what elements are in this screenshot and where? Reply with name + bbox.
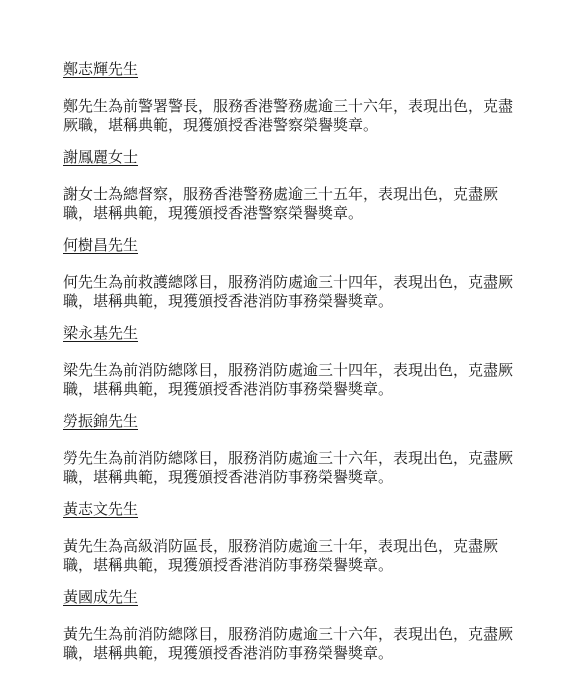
recipient-name-heading: 鄭志輝先生 <box>63 61 523 80</box>
recipient-name-heading: 謝鳳麗女士 <box>63 149 523 168</box>
recipient-name-heading: 何樹昌先生 <box>63 237 523 256</box>
citation-paragraph: 勞先生為前消防總隊目，服務消防處逾三十六年，表現出色，克盡厥 職，堪稱典範，現獲… <box>63 450 523 488</box>
recipient-name-heading: 黃志文先生 <box>63 501 523 520</box>
recipient-name-heading: 勞振錦先生 <box>63 413 523 432</box>
citation-paragraph: 黃先生為前消防總隊目，服務消防處逾三十六年，表現出色，克盡厥 職，堪稱典範，現獲… <box>63 626 523 664</box>
honours-entry: 謝鳳麗女士 謝女士為總督察，服務香港警務處逾三十五年，表現出色，克盡厥 職，堪稱… <box>63 149 523 224</box>
citation-paragraph: 鄭先生為前警署警長，服務香港警務處逾三十六年，表現出色，克盡 厥職，堪稱典範，現… <box>63 98 523 136</box>
honours-entry: 黃志文先生 黃先生為高級消防區長，服務消防處逾三十年，表現出色，克盡厥 職，堪稱… <box>63 501 523 576</box>
citation-paragraph: 何先生為前救護總隊目，服務消防處逾三十四年，表現出色，克盡厥 職，堪稱典範，現獲… <box>63 274 523 312</box>
recipient-name-heading: 黃國成先生 <box>63 589 523 608</box>
citation-paragraph: 黃先生為高級消防區長，服務消防處逾三十年，表現出色，克盡厥 職，堪稱典範，現獲頒… <box>63 538 523 576</box>
honours-list-content: 鄭志輝先生 鄭先生為前警署警長，服務香港警務處逾三十六年，表現出色，克盡 厥職，… <box>63 61 523 677</box>
honours-entry: 勞振錦先生 勞先生為前消防總隊目，服務消防處逾三十六年，表現出色，克盡厥 職，堪… <box>63 413 523 488</box>
honours-entry: 何樹昌先生 何先生為前救護總隊目，服務消防處逾三十四年，表現出色，克盡厥 職，堪… <box>63 237 523 312</box>
document-page: 鄭志輝先生 鄭先生為前警署警長，服務香港警務處逾三十六年，表現出色，克盡 厥職，… <box>0 0 574 693</box>
honours-entry: 黃國成先生 黃先生為前消防總隊目，服務消防處逾三十六年，表現出色，克盡厥 職，堪… <box>63 589 523 664</box>
honours-entry: 梁永基先生 梁先生為前消防總隊目，服務消防處逾三十四年，表現出色，克盡厥 職，堪… <box>63 325 523 400</box>
honours-entry: 鄭志輝先生 鄭先生為前警署警長，服務香港警務處逾三十六年，表現出色，克盡 厥職，… <box>63 61 523 136</box>
citation-paragraph: 梁先生為前消防總隊目，服務消防處逾三十四年，表現出色，克盡厥 職，堪稱典範，現獲… <box>63 362 523 400</box>
citation-paragraph: 謝女士為總督察，服務香港警務處逾三十五年，表現出色，克盡厥 職，堪稱典範，現獲頒… <box>63 186 523 224</box>
recipient-name-heading: 梁永基先生 <box>63 325 523 344</box>
